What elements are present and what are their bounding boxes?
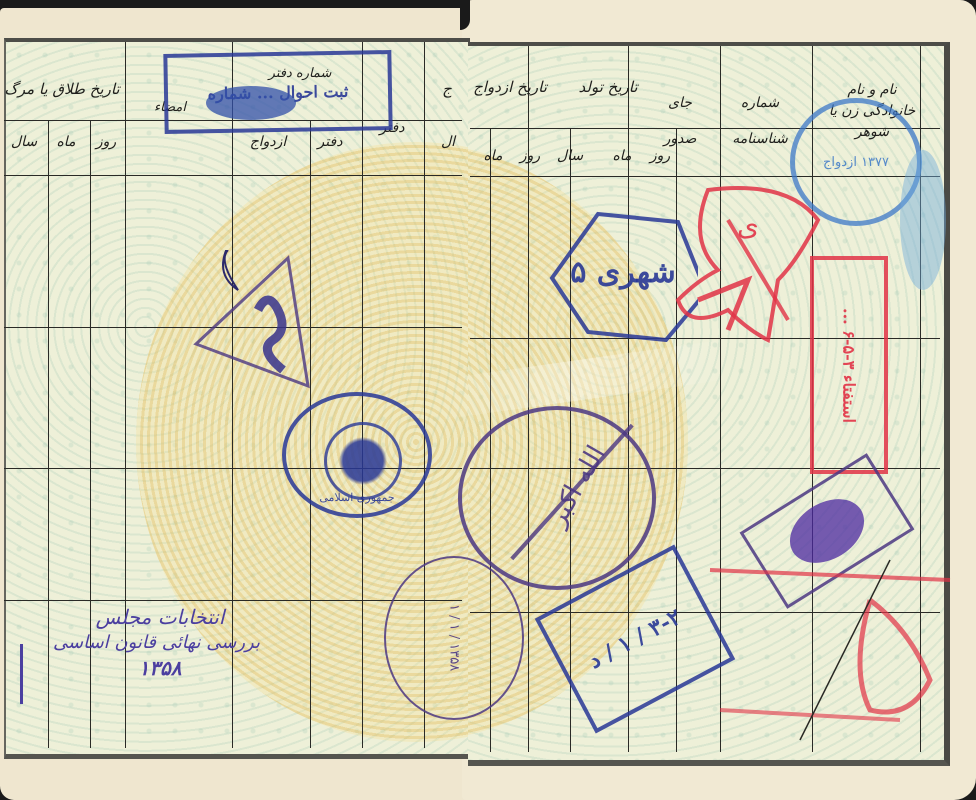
subheader-birth-year: سال [557,148,583,164]
handwritten-line-1: انتخابات مجلس [60,604,260,631]
subheader-divorce-month: ماه [56,134,75,150]
triangle-outline-icon [188,250,318,390]
header-birth-date: تاریخ تولد [579,78,638,96]
stamp-large-circle-text: الله اکبر [542,441,612,532]
subheader-marriage-day: روز [520,148,540,164]
subheader-birth-month: ماه [612,148,631,164]
stamp-red-emblem-text: ی [737,209,759,242]
stamp-round-emblem-text: جمهوری اسلامی [319,491,394,504]
stamp-small-circle-text: ۱۳۵۸ / ۱ / ۱ [447,604,462,671]
stamp-red-rectangle-text: استفتاء ۳-۵-۶ ... [840,308,859,423]
handwritten-bracket [20,644,23,704]
grid-vline [48,120,49,748]
ink-smudge [206,86,296,120]
stamp-red-rectangle: استفتاء ۳-۵-۶ ... [810,256,888,474]
subheader-marriage-month: ماه [483,148,502,164]
handwritten-line-2: بررسی نهائی قانون اساسی [60,631,260,655]
ink-smudge [900,150,946,290]
stamp-large-circle: الله اکبر [458,406,656,590]
header-marriage-date: تاریخ ازدواج [473,78,547,96]
grid-hline [4,175,462,176]
header-divorce-death-date: تاریخ طلاق یا مرگ [4,80,119,98]
lion-emblem-icon [668,180,828,350]
stamp-light-blue-circle-text: ۱۳۷۷ ازدواج [823,155,889,170]
red-stamp-marks [700,540,960,760]
header-id-number: شماره شناسنامه [725,85,795,158]
subheader-marriage: ازدواج [250,134,287,150]
header-marriage-date-cont: ج [442,80,452,98]
handwritten-year: ۱۳۵۸ [60,655,260,682]
handwritten-note: انتخابات مجلس بررسی نهائی قانون اساسی ۱۳… [60,604,260,682]
subheader-birth-day: روز [650,148,670,164]
header-issue-place: جای صدور [650,85,710,158]
stamp-red-emblem: ی [668,180,828,350]
stamp-diamond-text: ۳-۲ / ۱ / د [584,604,685,674]
stamp-small-circle: ۱۳۵۸ / ۱ / ۱ [384,556,524,720]
subheader-divorce-year: سال [11,134,37,150]
subheader-office-2: دفتر [318,134,343,150]
emblem-center-icon [324,422,402,500]
subheader-divorce-day: روز [96,134,116,150]
stamp-city-hexagon-text: شهری ۵ [570,255,676,290]
stamp-triangle [188,250,318,390]
stamp-round-emblem: جمهوری اسلامی [282,392,432,518]
subheader-year-cont: ال [441,134,455,150]
